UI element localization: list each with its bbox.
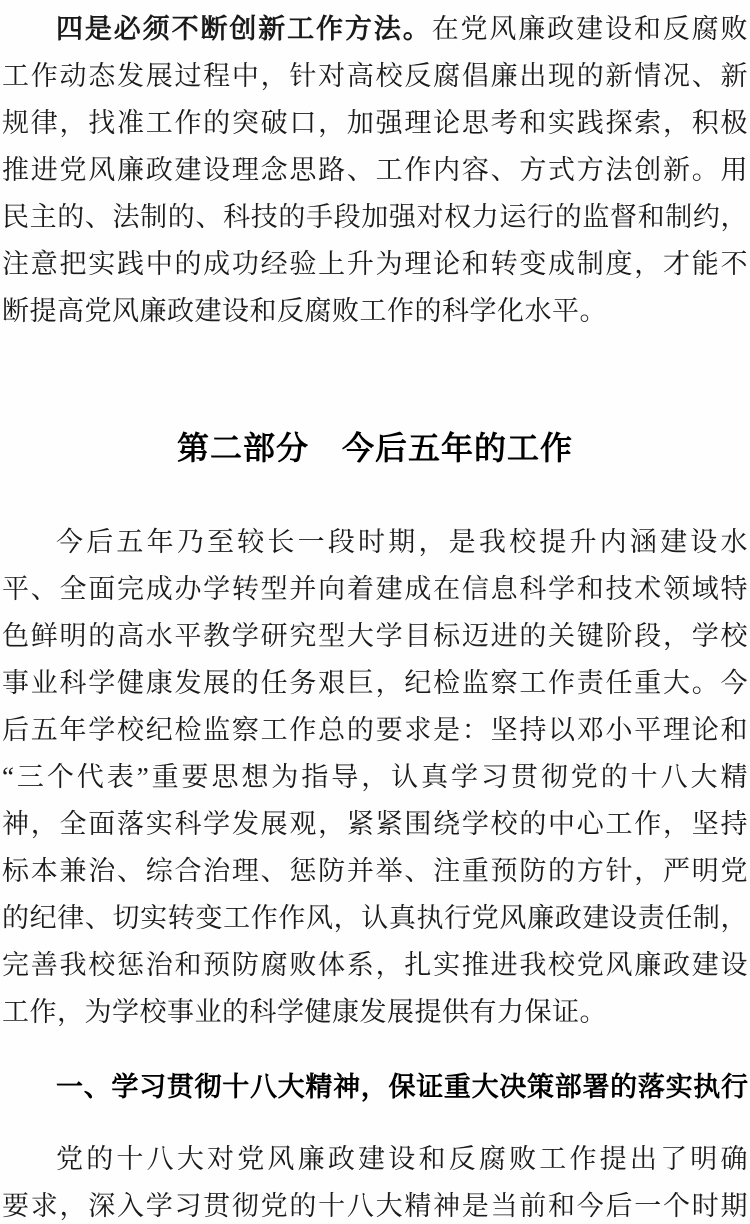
paragraph-work-methods: 四是必须不断创新工作方法。在党风廉政建设和反腐败 工作动态发展过程中，针对高校反…	[2, 6, 748, 335]
text-line: 事业科学健康发展的任务艰巨，纪检监察工作责任重大。今	[2, 660, 748, 707]
text-line: “三个代表”重要思想为指导，认真学习贯彻党的十八大精	[2, 754, 748, 801]
subsection-heading-one: 一、学习贯彻十八大精神，保证重大决策部署的落实执行	[2, 1064, 748, 1111]
text-line: 断提高党风廉政建设和反腐败工作的科学化水平。	[2, 288, 748, 335]
text-line: 工作，为学校事业的科学健康发展提供有力保证。	[2, 989, 748, 1036]
section-heading-part2: 第二部分 今后五年的工作	[2, 424, 748, 472]
paragraph-eighteenth-congress: 党的十八大对党风廉政建设和反腐败工作提出了明确 要求，深入学习贯彻党的十八大精神…	[2, 1136, 748, 1224]
text-line: 四是必须不断创新工作方法。在党风廉政建设和反腐败	[2, 6, 748, 53]
text-line: 色鲜明的高水平教学研究型大学目标迈进的关键阶段，学校	[2, 613, 748, 660]
text-line: 完善我校惩治和预防腐败体系，扎实推进我校党风廉政建设	[2, 942, 748, 989]
text-line: 注意把实践中的成功经验上升为理论和转变成制度，才能不	[2, 241, 748, 288]
text-line: 标本兼治、综合治理、惩防并举、注重预防的方针，严明党	[2, 848, 748, 895]
text-line: 推进党风廉政建设理念思路、工作内容、方式方法创新。用	[2, 147, 748, 194]
text-line: 的纪律、切实转变工作作风，认真执行党风廉政建设责任制，	[2, 895, 748, 942]
text-line: 要求，深入学习贯彻党的十八大精神是当前和今后一个时期	[2, 1183, 748, 1224]
bold-lead-sentence: 四是必须不断创新工作方法。	[56, 14, 432, 44]
text-line: 工作动态发展过程中，针对高校反腐倡廉出现的新情况、新	[2, 53, 748, 100]
text-run: 在党风廉政建设和反腐败	[432, 14, 748, 44]
text-line: 党的十八大对党风廉政建设和反腐败工作提出了明确	[2, 1136, 748, 1183]
text-line: 规律，找准工作的突破口，加强理论思考和实践探索，积极	[2, 100, 748, 147]
text-line: 后五年学校纪检监察工作总的要求是：坚持以邓小平理论和	[2, 707, 748, 754]
paragraph-next-five-years: 今后五年乃至较长一段时期，是我校提升内涵建设水 平、全面完成办学转型并向着建成在…	[2, 519, 748, 1036]
document-page: 四是必须不断创新工作方法。在党风廉政建设和反腐败 工作动态发展过程中，针对高校反…	[0, 0, 750, 1224]
text-line: 民主的、法制的、科技的手段加强对权力运行的监督和制约，	[2, 194, 748, 241]
text-line: 平、全面完成办学转型并向着建成在信息科学和技术领域特	[2, 566, 748, 613]
text-line: 神，全面落实科学发展观，紧紧围绕学校的中心工作，坚持	[2, 801, 748, 848]
text-line: 今后五年乃至较长一段时期，是我校提升内涵建设水	[2, 519, 748, 566]
